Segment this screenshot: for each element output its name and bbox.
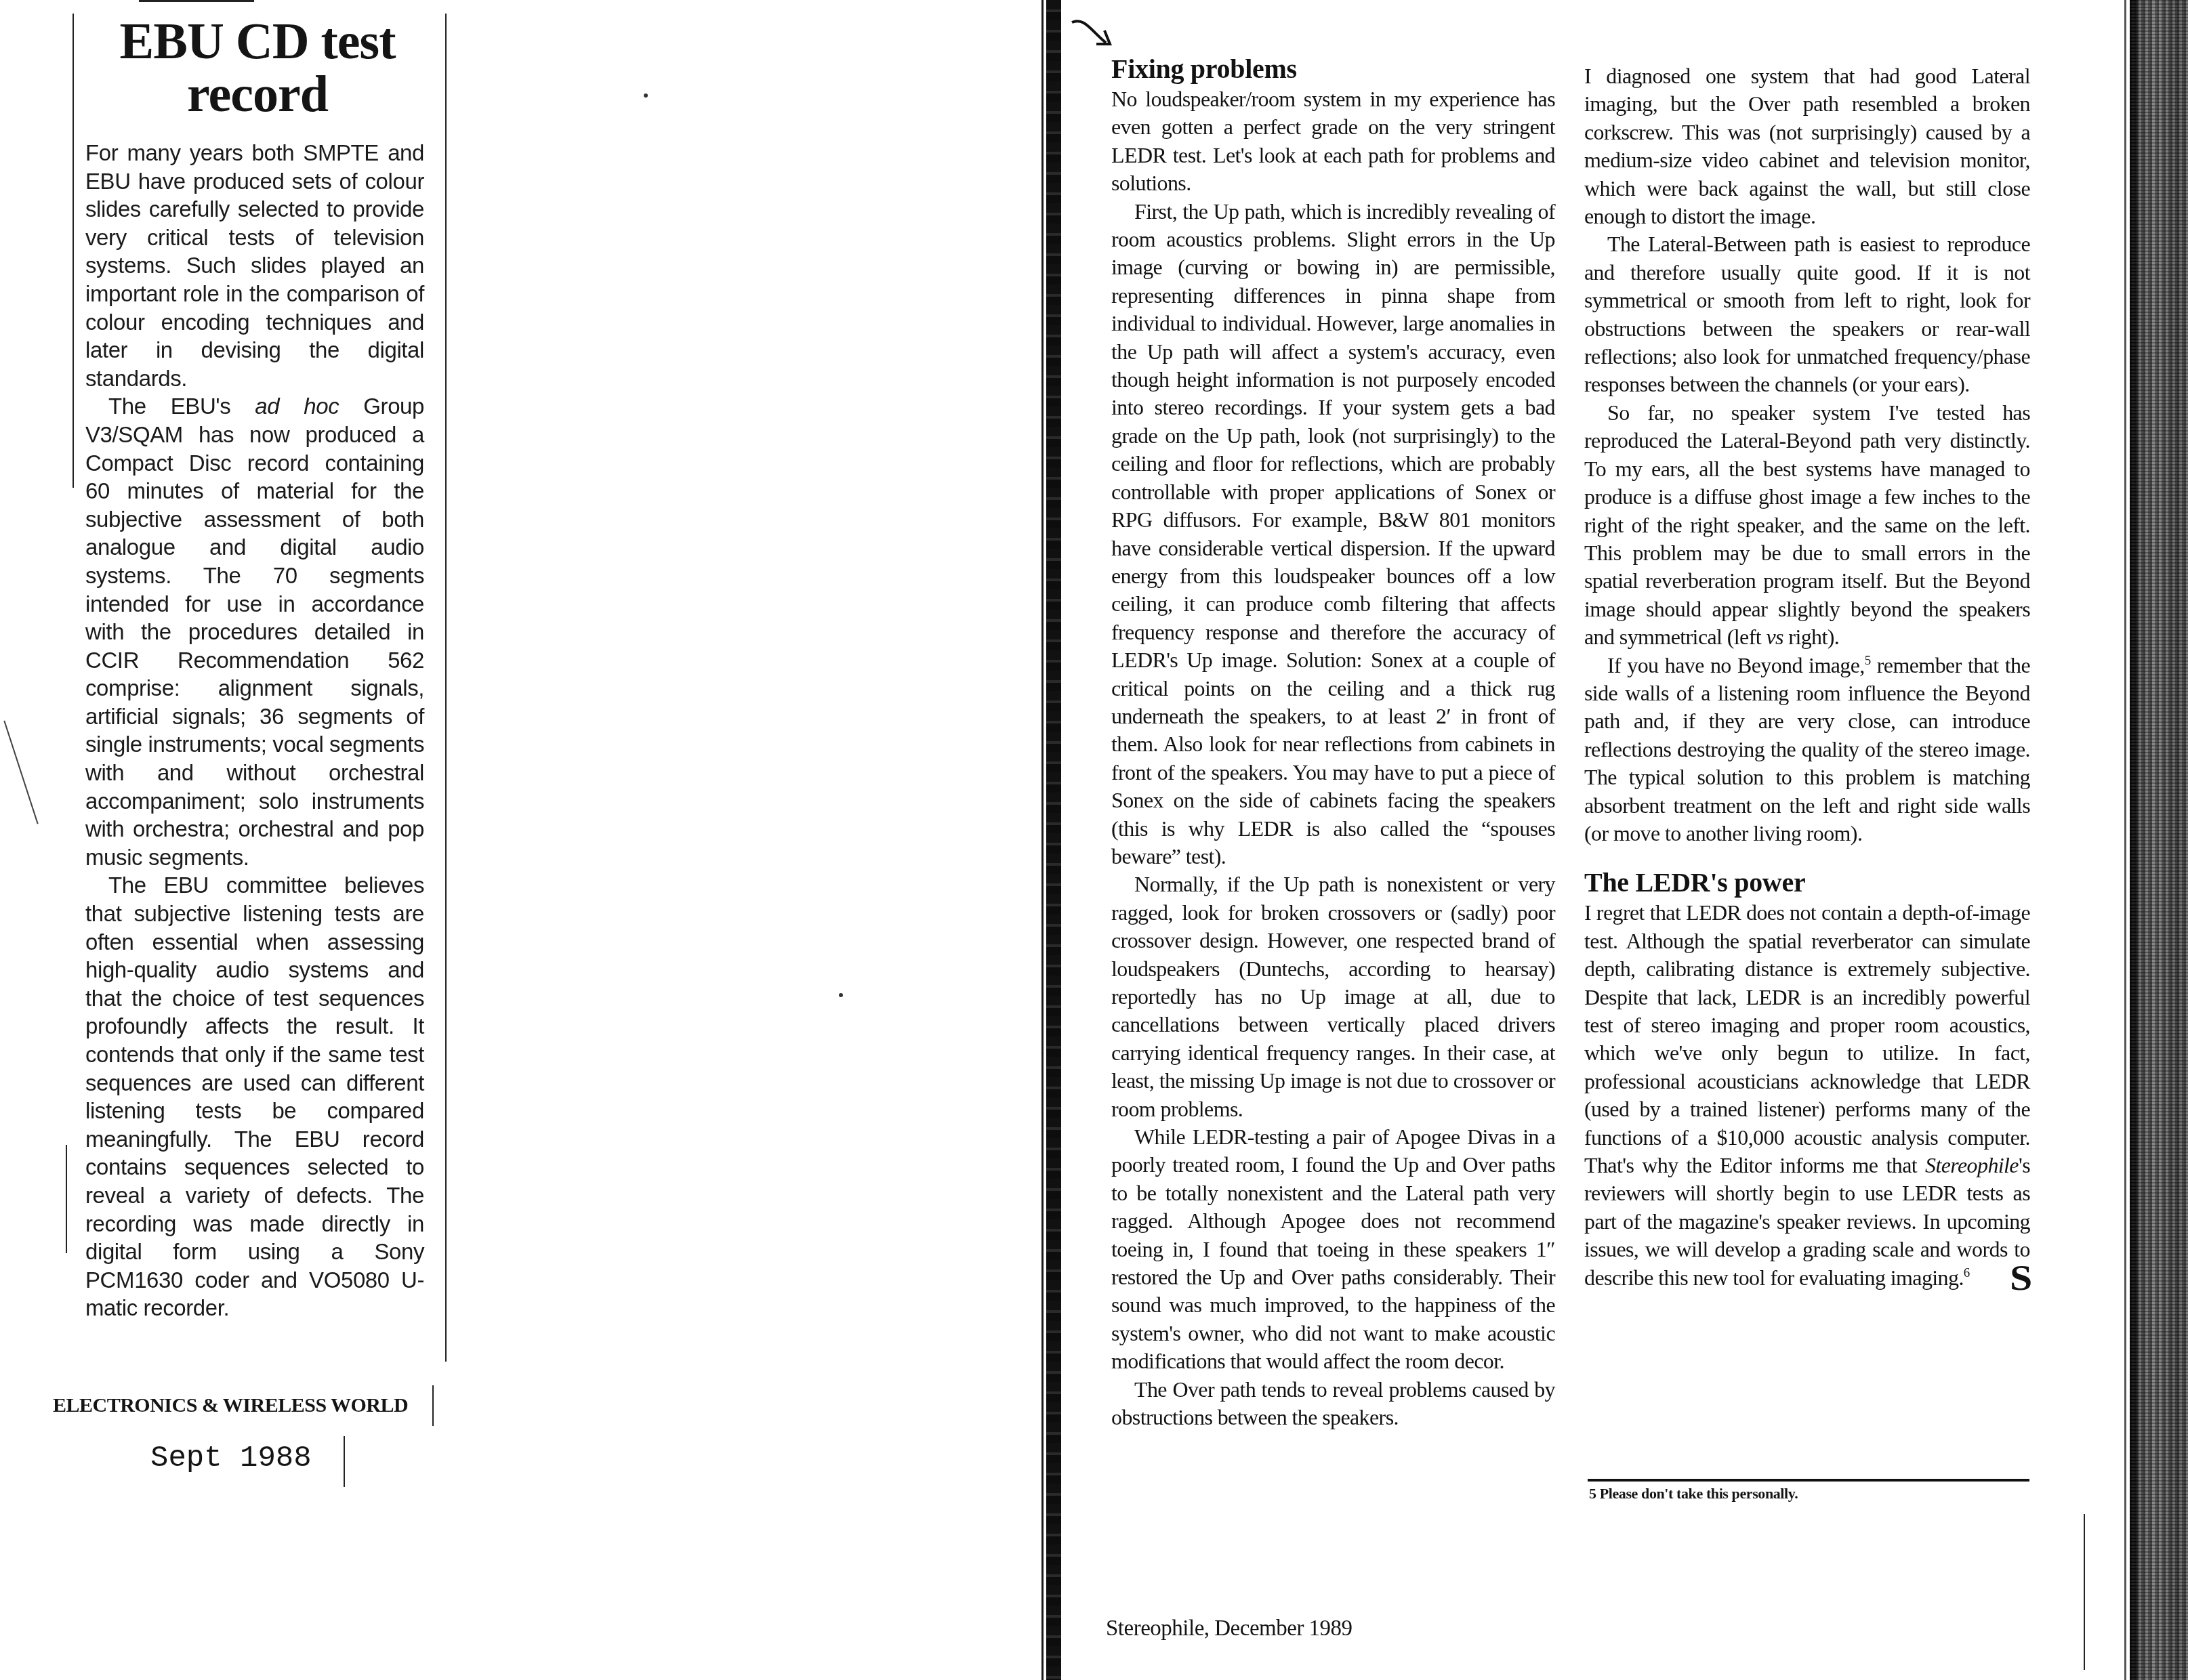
text-run: So far, no speaker system I've tested ha…	[1584, 400, 2030, 649]
binding-shadow	[2130, 0, 2188, 1680]
headline-line-1: EBU CD test	[75, 15, 440, 68]
article-paragraph: If you have no Beyond image,5 remember t…	[1584, 652, 2030, 848]
headline-line-2: record	[75, 68, 440, 121]
text-run: right).	[1783, 625, 1839, 649]
footnote-rule	[1588, 1479, 2029, 1482]
clipping-paragraph: For many years both SMPTE and EBU have p…	[85, 139, 424, 392]
page-footer: Stereophile, December 1989	[1106, 1616, 1353, 1641]
clipping-source: ELECTRONICS & WIRELESS WORLD	[53, 1394, 432, 1417]
clipping-left-border	[73, 14, 74, 488]
scan-mark	[2084, 1514, 2085, 1670]
binding-edge-line	[2124, 0, 2126, 1680]
italic-text: ad hoc	[255, 394, 339, 419]
article-paragraph: No loudspeaker/room system in my experie…	[1111, 85, 1555, 198]
italic-text: Stereophile	[1925, 1153, 2019, 1177]
section-heading-ledr-power: The LEDR's power	[1584, 868, 2030, 898]
text-run: The EBU's	[108, 394, 255, 419]
clipping-date: Sept 1988	[150, 1442, 312, 1475]
handwritten-arrow-icon	[1071, 17, 1125, 58]
clipping-right-border	[445, 14, 447, 1362]
article-paragraph: I diagnosed one system that had good Lat…	[1584, 62, 2030, 230]
source-rule	[432, 1385, 434, 1426]
article-paragraph: The Over path tends to reveal problems c…	[1111, 1376, 1555, 1432]
text-run: I regret that LEDR does not contain a de…	[1584, 900, 2030, 1177]
article-column-2: I diagnosed one system that had good Lat…	[1584, 62, 2030, 1293]
footnote-ref[interactable]: 5	[1865, 654, 1871, 668]
article-column-1: Fixing problems No loudspeaker/room syst…	[1111, 54, 1555, 1432]
footnote: 5 Please don't take this personally.	[1589, 1485, 1798, 1503]
article-paragraph: First, the Up path, which is incredibly …	[1111, 198, 1555, 871]
clipping-left-border-lower	[66, 1145, 67, 1253]
article-paragraph: The Lateral-Between path is easiest to r…	[1584, 230, 2030, 398]
text-run: remember that the side walls of a listen…	[1584, 653, 2030, 845]
clipping-body: For many years both SMPTE and EBU have p…	[85, 139, 424, 1322]
text-run: Group V3/SQAM has now produced a Compact…	[85, 394, 424, 870]
clipping-headline: EBU CD test record	[75, 15, 440, 121]
page-gutter-line	[1041, 0, 1044, 1680]
footnote-ref[interactable]: 6	[1964, 1266, 1970, 1280]
article-paragraph: So far, no speaker system I've tested ha…	[1584, 399, 2030, 652]
scan-speck	[839, 993, 843, 997]
text-run: If you have no Beyond image,	[1607, 653, 1865, 677]
scan-speck	[644, 93, 648, 98]
clipping-paragraph: The EBU's ad hoc Group V3/SQAM has now p…	[85, 392, 424, 871]
scan-mark	[3, 721, 38, 824]
article-paragraph: I regret that LEDR does not contain a de…	[1584, 899, 2030, 1292]
clipping-paragraph: The EBU committee believes that subjecti…	[85, 871, 424, 1322]
clipping-top-rule	[139, 0, 254, 2]
page-gutter-shadow	[1046, 0, 1061, 1680]
stereophile-end-mark-icon: S	[2010, 1265, 2032, 1293]
date-rule	[344, 1436, 345, 1487]
article-paragraph: While LEDR-testing a pair of Apogee Diva…	[1111, 1123, 1555, 1376]
article-paragraph: Normally, if the Up path is nonexistent …	[1111, 870, 1555, 1123]
section-heading-fixing-problems: Fixing problems	[1111, 54, 1555, 84]
italic-text: vs	[1766, 625, 1783, 649]
